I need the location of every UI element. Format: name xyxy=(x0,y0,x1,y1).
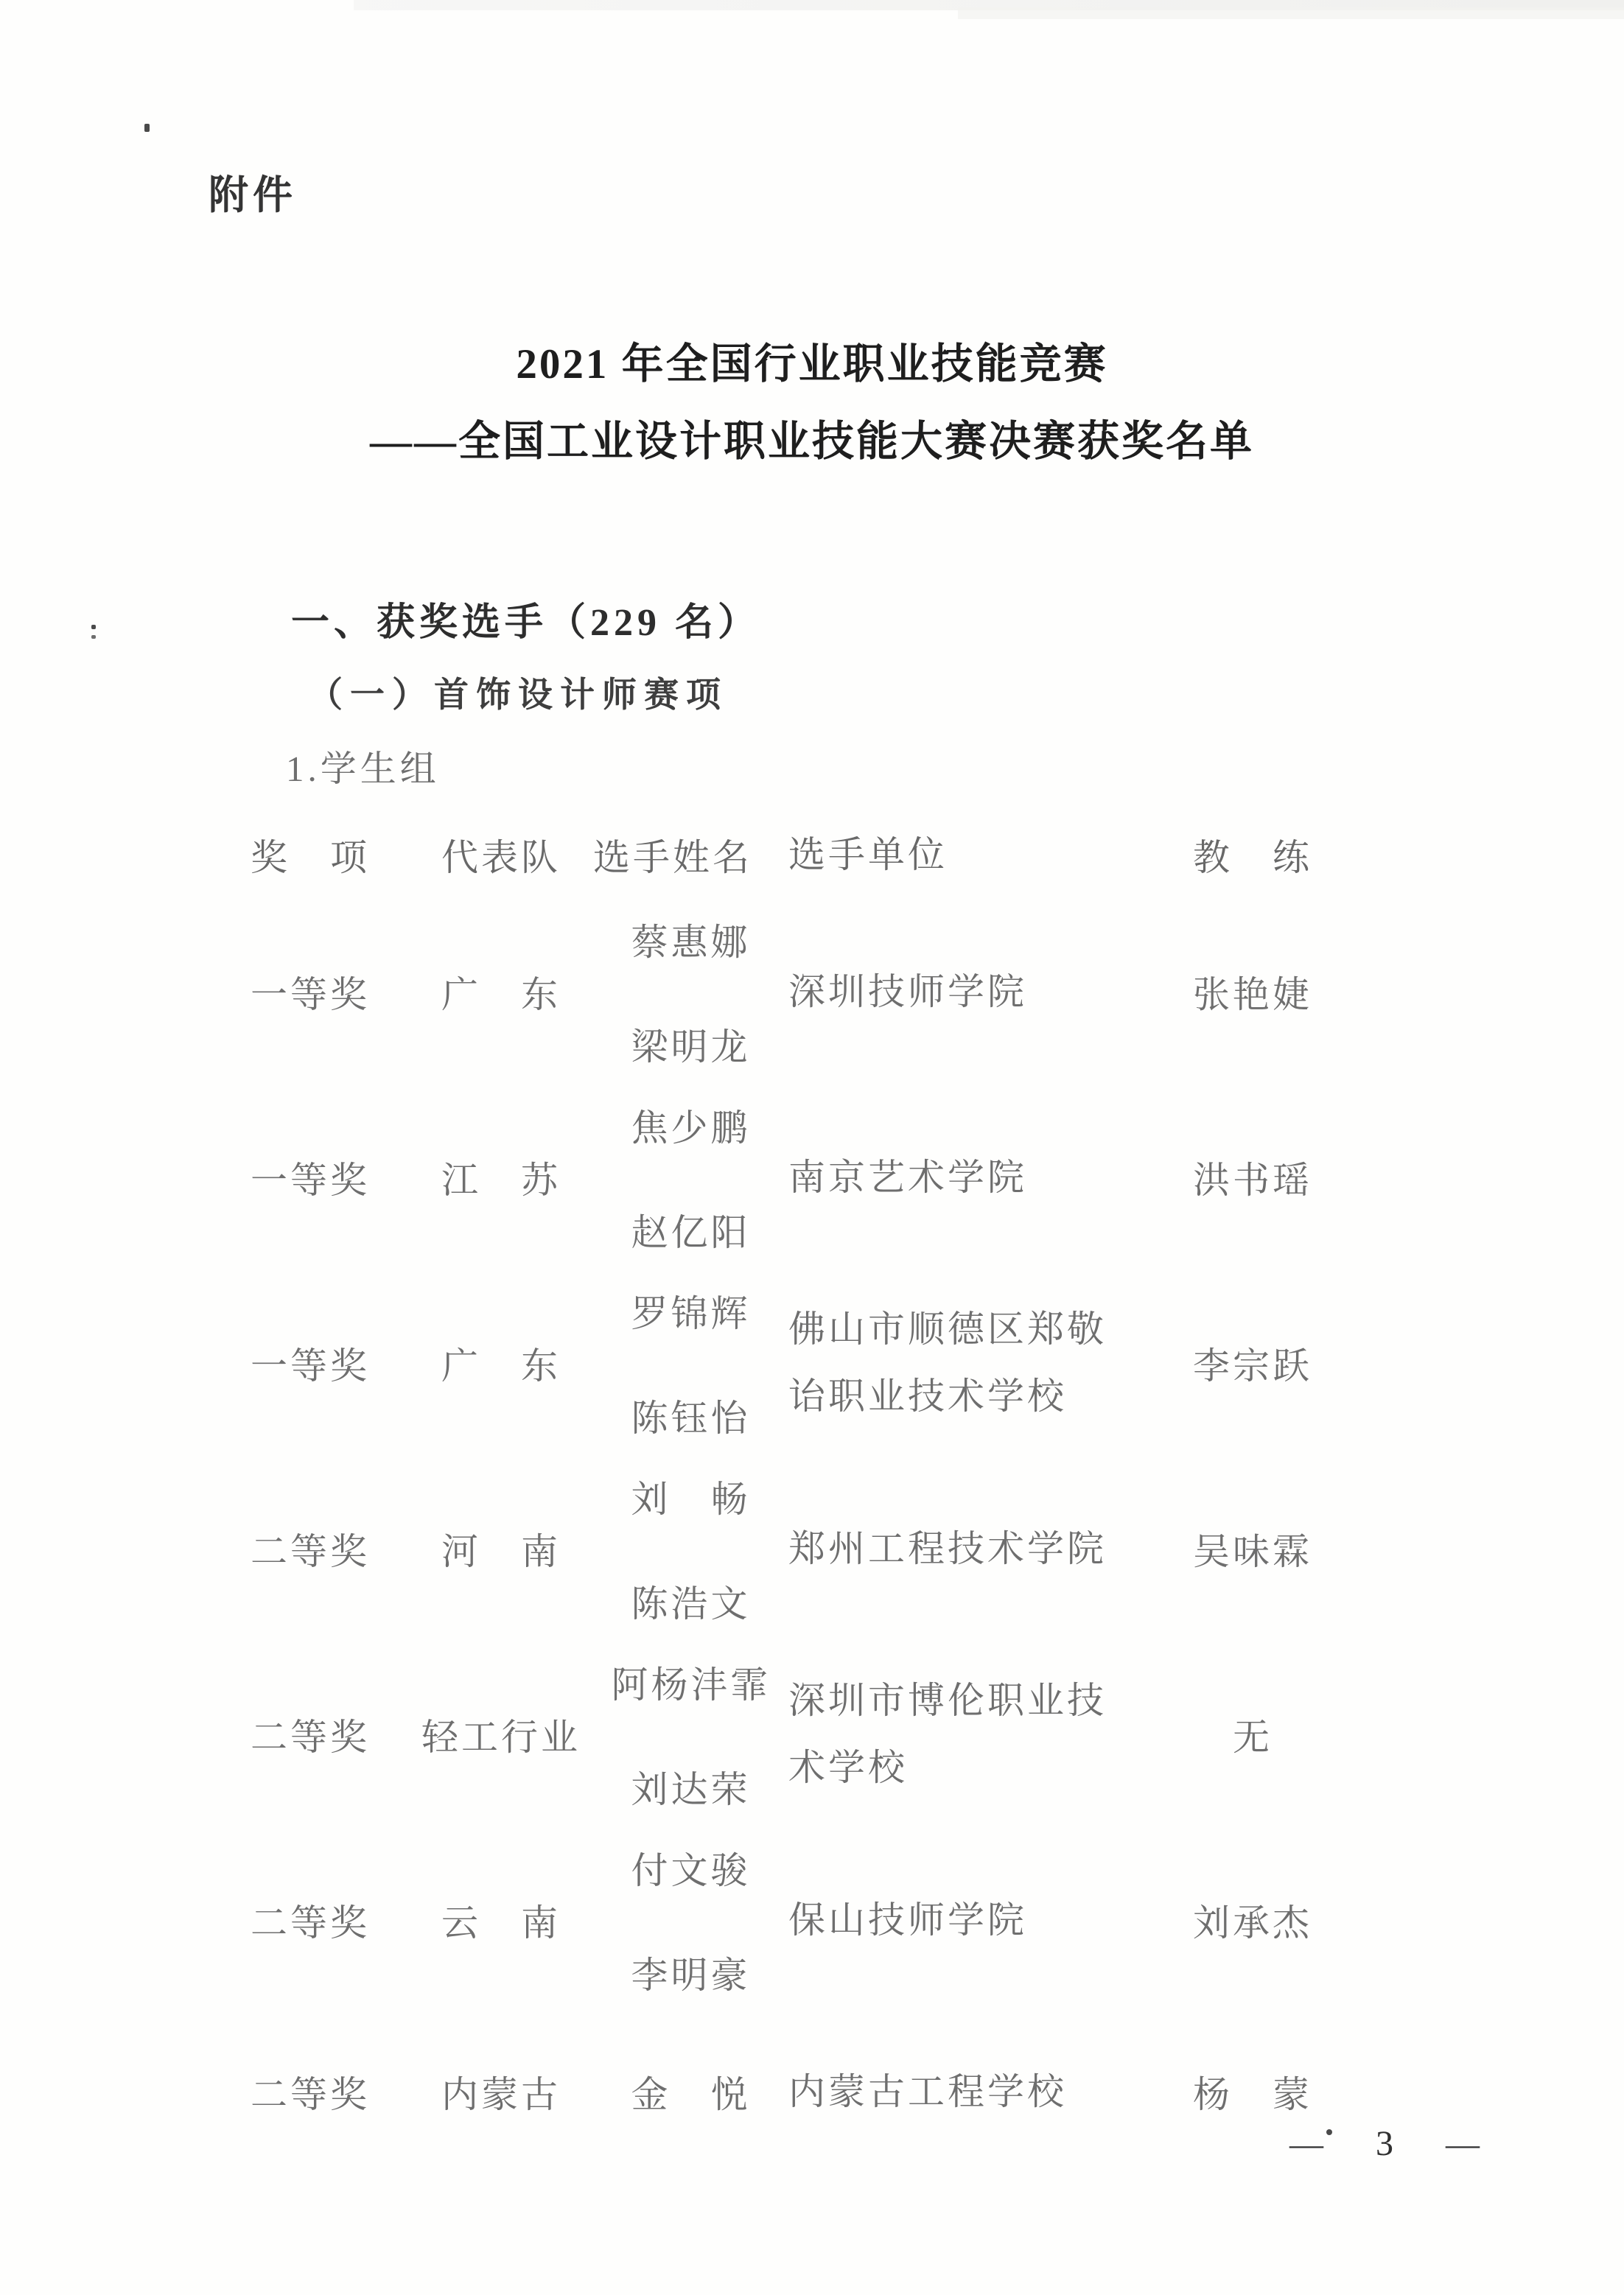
team-cell: 内蒙古 xyxy=(409,2065,593,2118)
coach-cell: 杨 蒙 xyxy=(1164,2065,1341,2118)
team-cell: 云 南 xyxy=(409,1893,593,1947)
team-cell: 广 东 xyxy=(409,965,593,1018)
unit-line: 佛山市顺德区郑敬 xyxy=(788,1296,1164,1363)
page-number-dash-right: — xyxy=(1446,2124,1481,2163)
table-row: 二等奖 内蒙古 金 悦 内蒙古工程学校 杨 蒙 xyxy=(251,2013,1518,2120)
subsection-heading: （一）首饰设计师赛项 xyxy=(308,668,728,717)
attachment-label: 附件 xyxy=(209,164,297,220)
table-header-row: 奖 项 代表队 选手姓名 选手单位 教 练 xyxy=(251,810,1518,899)
unit-line: 深圳市博伦职业技 xyxy=(788,1667,1164,1734)
coach-cell: 刘承杰 xyxy=(1164,1893,1341,1947)
unit-cell: 南京艺术学院 xyxy=(788,1144,1164,1211)
table-row: 二等奖 轻工行业 阿杨沣霏 刘达荣 深圳市博伦职业技 术学校 无 xyxy=(251,1641,1518,1827)
names-cell: 蔡惠娜 梁明龙 xyxy=(593,913,788,1071)
scan-speck xyxy=(91,625,96,629)
names-cell: 罗锦辉 陈钰怡 xyxy=(593,1284,788,1442)
award-cell: 一等奖 xyxy=(251,965,409,1018)
unit-line: 诒职业技术学校 xyxy=(788,1363,1164,1430)
names-cell: 付文骏 李明豪 xyxy=(593,1841,788,1999)
table-row: 一等奖 广 东 罗锦辉 陈钰怡 佛山市顺德区郑敬 诒职业技术学校 李宗跃 xyxy=(251,1270,1518,1456)
col-header-team: 代表队 xyxy=(409,828,593,881)
doc-title-line-1: 2021 年全国行业职业技能竞赛 xyxy=(0,326,1624,403)
page-footer: — 3 — xyxy=(1289,2123,1481,2164)
award-cell: 二等奖 xyxy=(251,1708,409,1761)
unit-cell: 深圳市博伦职业技 术学校 xyxy=(788,1667,1164,1801)
scan-speck xyxy=(91,635,96,639)
col-header-coach: 教 练 xyxy=(1164,828,1341,881)
table-row: 二等奖 河 南 刘 畅 陈浩文 郑州工程技术学院 吴味霖 xyxy=(251,1456,1518,1641)
contestant-name: 梁明龙 xyxy=(631,1017,751,1071)
doc-title-line-2: ——全国工业设计职业技能大赛决赛获奖名单 xyxy=(0,403,1624,480)
unit-cell: 保山技师学院 xyxy=(788,1887,1164,1954)
unit-line: 南京艺术学院 xyxy=(788,1144,1164,1211)
contestant-name: 蔡惠娜 xyxy=(631,913,751,966)
unit-line: 郑州工程技术学院 xyxy=(788,1516,1164,1583)
contestant-name: 刘达荣 xyxy=(631,1760,751,1813)
names-cell: 阿杨沣霏 刘达荣 xyxy=(593,1655,788,1813)
names-cell: 刘 畅 陈浩文 xyxy=(593,1470,788,1627)
unit-line: 术学校 xyxy=(788,1734,1164,1801)
contestant-name: 焦少鹏 xyxy=(631,1099,751,1152)
scan-artifact-band xyxy=(958,7,1624,19)
section-heading: 一、获奖选手（229 名） xyxy=(291,591,760,646)
page-number-dash-left: — xyxy=(1289,2124,1325,2163)
col-header-names: 选手姓名 xyxy=(593,828,788,881)
award-cell: 二等奖 xyxy=(251,1522,409,1575)
page-number: 3 xyxy=(1376,2123,1395,2164)
names-cell: 焦少鹏 赵亿阳 xyxy=(593,1099,788,1256)
unit-cell: 郑州工程技术学院 xyxy=(788,1516,1164,1583)
contestant-name: 付文骏 xyxy=(631,1841,751,1894)
coach-cell: 洪书瑶 xyxy=(1164,1151,1341,1204)
unit-line: 保山技师学院 xyxy=(788,1887,1164,1954)
team-cell: 广 东 xyxy=(409,1336,593,1390)
contestant-name: 赵亿阳 xyxy=(631,1203,751,1256)
award-cell: 一等奖 xyxy=(251,1151,409,1204)
contestant-name: 阿杨沣霏 xyxy=(612,1655,771,1709)
team-cell: 河 南 xyxy=(409,1522,593,1575)
unit-line: 深圳技师学院 xyxy=(788,959,1164,1026)
contestant-name: 罗锦辉 xyxy=(631,1284,751,1337)
document-page: 附件 2021 年全国行业职业技能竞赛 ——全国工业设计职业技能大赛决赛获奖名单… xyxy=(0,0,1624,2295)
table-row: 二等奖 云 南 付文骏 李明豪 保山技师学院 刘承杰 xyxy=(251,1827,1518,2013)
contestant-name: 陈钰怡 xyxy=(631,1389,751,1442)
table-row: 一等奖 江 苏 焦少鹏 赵亿阳 南京艺术学院 洪书瑶 xyxy=(251,1085,1518,1270)
award-cell: 二等奖 xyxy=(251,2065,409,2118)
document-title: 2021 年全国行业职业技能竞赛 ——全国工业设计职业技能大赛决赛获奖名单 xyxy=(0,326,1624,480)
table-row: 一等奖 广 东 蔡惠娜 梁明龙 深圳技师学院 张艳婕 xyxy=(251,899,1518,1085)
team-cell: 轻工行业 xyxy=(409,1708,593,1761)
team-cell: 江 苏 xyxy=(409,1151,593,1204)
award-cell: 一等奖 xyxy=(251,1336,409,1390)
unit-line: 内蒙古工程学校 xyxy=(788,2059,1164,2126)
names-cell: 金 悦 xyxy=(593,2013,788,2170)
coach-cell: 李宗跃 xyxy=(1164,1336,1341,1390)
coach-cell: 张艳婕 xyxy=(1164,965,1341,1018)
unit-cell: 内蒙古工程学校 xyxy=(788,2059,1164,2126)
col-header-award: 奖 项 xyxy=(251,828,409,881)
winners-table: 奖 项 代表队 选手姓名 选手单位 教 练 一等奖 广 东 蔡惠娜 梁明龙 深圳… xyxy=(251,810,1518,2120)
unit-cell: 佛山市顺德区郑敬 诒职业技术学校 xyxy=(788,1296,1164,1430)
col-header-unit: 选手单位 xyxy=(788,821,1164,889)
award-cell: 二等奖 xyxy=(251,1893,409,1947)
contestant-name: 李明豪 xyxy=(631,1946,751,1999)
contestant-name: 陈浩文 xyxy=(631,1574,751,1627)
coach-cell: 无 xyxy=(1164,1708,1341,1761)
group-heading: 1.学生组 xyxy=(286,740,440,792)
contestant-name: 刘 畅 xyxy=(631,1470,751,1523)
unit-cell: 深圳技师学院 xyxy=(788,959,1164,1026)
coach-cell: 吴味霖 xyxy=(1164,1522,1341,1575)
contestant-name: 金 悦 xyxy=(631,2065,751,2118)
scan-speck xyxy=(144,124,150,132)
